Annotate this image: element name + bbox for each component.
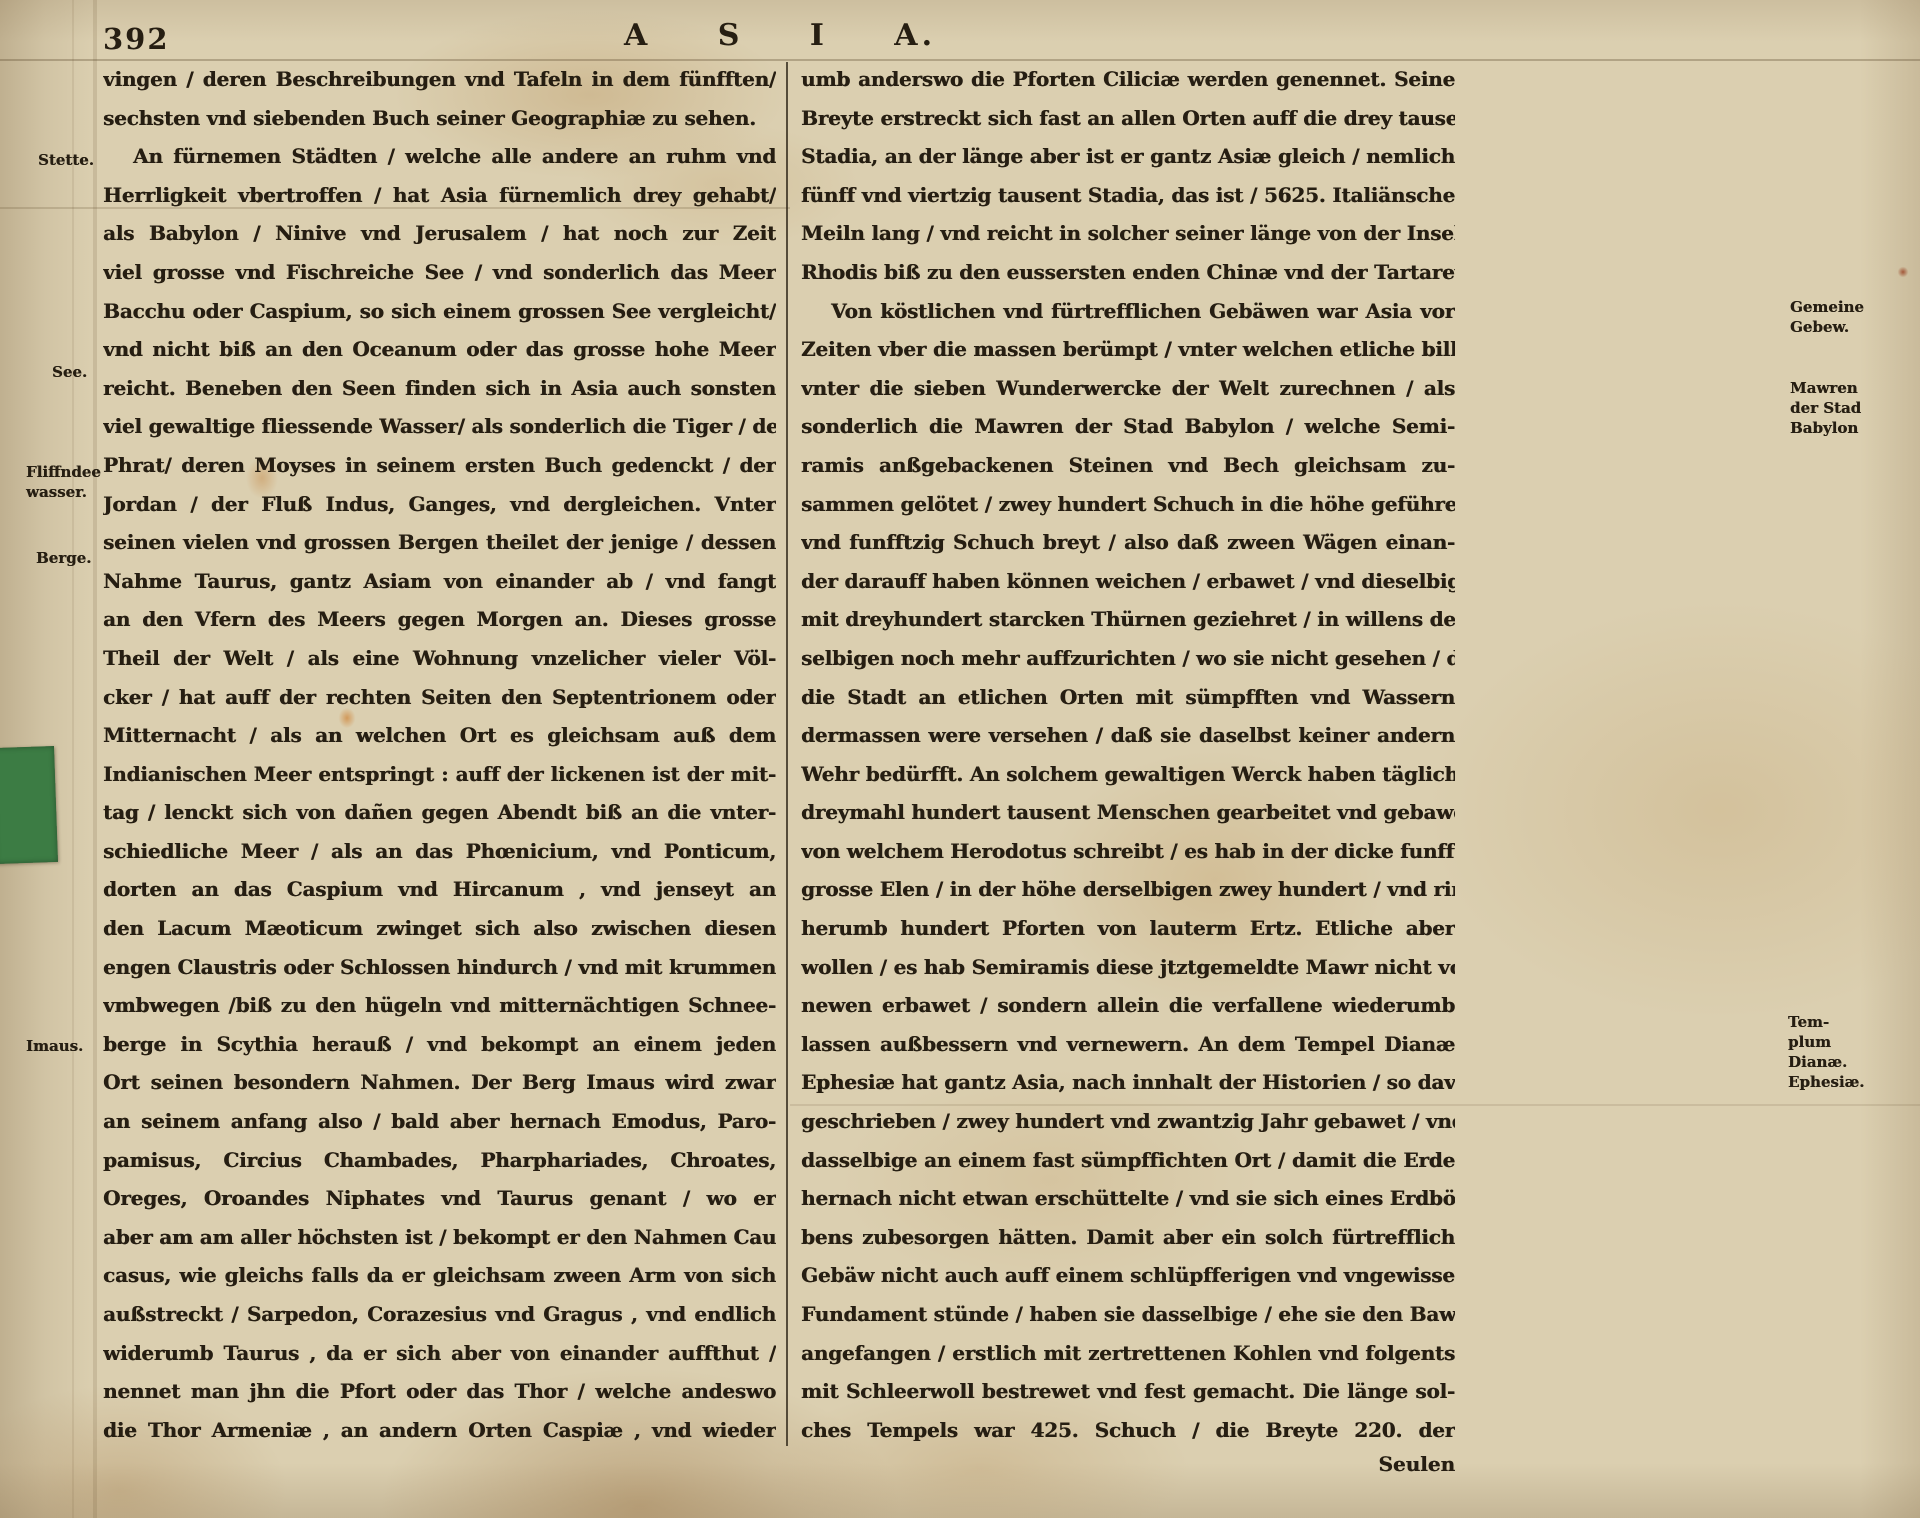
text-line: angefangen / erstlich mit zertrettenen K… — [801, 1334, 1455, 1373]
text-line: umb anderswo die Pforten Ciliciæ werden … — [801, 60, 1455, 99]
text-line: Breyte erstreckt sich fast an allen Orte… — [801, 99, 1455, 138]
text-line: lassen außbessern vnd vernewern. An dem … — [801, 1025, 1455, 1064]
text-line: mit Schleerwoll bestrewet vnd fest gemac… — [801, 1372, 1455, 1411]
text-line: grosse Elen / in der höhe derselbigen zw… — [801, 870, 1455, 909]
text-line: Ephesiæ hat gantz Asia, nach innhalt der… — [801, 1063, 1455, 1102]
text-line: Bacchu oder Caspium, so sich einem gross… — [103, 292, 776, 331]
text-line: sammen gelötet / zwey hundert Schuch in … — [801, 485, 1455, 524]
sidenote-fliessende-wasser: Fliffndee wasser. — [26, 462, 101, 502]
text-line: Rhodis biß zu den eussersten enden Chinæ… — [801, 253, 1455, 292]
text-line: hernach nicht etwan erschüttelte / vnd s… — [801, 1179, 1455, 1218]
text-line: berge in Scythia herauß / vnd bekompt an… — [103, 1025, 776, 1064]
text-line: vnd funfftzig Schuch breyt / also daß zw… — [801, 523, 1455, 562]
fold-crease — [72, 0, 74, 1518]
bookmark-tab — [0, 746, 58, 864]
text-line: bens zubesorgen hätten. Damit aber ein s… — [801, 1218, 1455, 1257]
text-line: ches Tempels war 425. Schuch / die Breyt… — [801, 1411, 1455, 1450]
text-line: Zeiten vber die massen berümpt / vnter w… — [801, 330, 1455, 369]
text-line: viel grosse vnd Fischreiche See / vnd so… — [103, 253, 776, 292]
text-line: widerumb Taurus , da er sich aber von ei… — [103, 1334, 776, 1373]
fold-crease — [93, 0, 97, 1518]
text-line: dermassen were versehen / daß sie daselb… — [801, 716, 1455, 755]
text-line: engen Claustris oder Schlossen hindurch … — [103, 948, 776, 987]
running-head: A S I A. — [600, 18, 960, 53]
text-line: den Lacum Mæoticum zwinget sich also zwi… — [103, 909, 776, 948]
text-line: sonderlich die Mawren der Stad Babylon /… — [801, 407, 1455, 446]
text-line: dasselbige an einem fast sümpffichten Or… — [801, 1141, 1455, 1180]
text-line: An fürnemen Städten / welche alle andere… — [103, 137, 776, 176]
text-line: Phrat/ deren Moyses in seinem ersten Buc… — [103, 446, 776, 485]
text-line: Meiln lang / vnd reicht in solcher seine… — [801, 214, 1455, 253]
text-line: cker / hat auff der rechten Seiten den S… — [103, 678, 776, 717]
text-line: Ort seinen besondern Nahmen. Der Berg Im… — [103, 1063, 776, 1102]
text-line: vmbwegen /biß zu den hügeln vnd mitternä… — [103, 986, 776, 1025]
text-line: Herrligkeit vbertroffen / hat Asia fürne… — [103, 176, 776, 215]
text-line: vingen / deren Beschreibungen vnd Tafeln… — [103, 60, 776, 99]
text-line: Gebäw nicht auch auff einem schlüpfferig… — [801, 1256, 1455, 1295]
text-line: an seinem anfang also / bald aber hernac… — [103, 1102, 776, 1141]
text-line: pamisus, Circius Chambades, Pharphariade… — [103, 1141, 776, 1180]
text-line: Wehr bedürfft. An solchem gewaltigen Wer… — [801, 755, 1455, 794]
text-line: die Stadt an etlichen Orten mit sümpffte… — [801, 678, 1455, 717]
text-line: mit dreyhundert starcken Thürnen geziehr… — [801, 600, 1455, 639]
text-line: viel gewaltige fliessende Wasser/ als so… — [103, 407, 776, 446]
sidenote-berge: Berge. — [36, 548, 91, 568]
sidenote-mawren-babylon: Mawren der Stad Babylon — [1790, 378, 1861, 438]
text-line: Fundament stünde / haben sie dasselbige … — [801, 1295, 1455, 1334]
text-line: aber am am aller höchsten ist / bekompt … — [103, 1218, 776, 1257]
text-line: Von köstlichen vnd fürtrefflichen Gebäwe… — [801, 292, 1455, 331]
text-line: als Babylon / Ninive vnd Jerusalem / hat… — [103, 214, 776, 253]
text-line: tag / lenckt sich von dañen gegen Abendt… — [103, 793, 776, 832]
left-column: vingen / deren Beschreibungen vnd Tafeln… — [103, 60, 776, 1458]
text-line: dorten an das Caspium vnd Hircanum , vnd… — [103, 870, 776, 909]
text-line: vnter die sieben Wunderwercke der Welt z… — [801, 369, 1455, 408]
sidenote-imaus: Imaus. — [26, 1036, 83, 1056]
text-line: herumb hundert Pforten von lauterm Ertz.… — [801, 909, 1455, 948]
text-line: Theil der Welt / als eine Wohnung vnzeli… — [103, 639, 776, 678]
right-column: umb anderswo die Pforten Ciliciæ werden … — [801, 60, 1455, 1458]
text-line: von welchem Herodotus schreibt / es hab … — [801, 832, 1455, 871]
text-line: casus, wie gleichs falls da er gleichsam… — [103, 1256, 776, 1295]
text-line: Mitternacht / als an welchen Ort es glei… — [103, 716, 776, 755]
text-line: geschrieben / zwey hundert vnd zwantzig … — [801, 1102, 1455, 1141]
text-line: Jordan / der Fluß Indus, Ganges, vnd der… — [103, 485, 776, 524]
text-line: vnd nicht biß an den Oceanum oder das gr… — [103, 330, 776, 369]
text-line: dreymahl hundert tausent Menschen gearbe… — [801, 793, 1455, 832]
text-line: fünff vnd viertzig tausent Stadia, das i… — [801, 176, 1455, 215]
sidenote-see: See. — [52, 362, 87, 382]
text-line: Stadia, an der länge aber ist er gantz A… — [801, 137, 1455, 176]
text-line: ramis anßgebackenen Steinen vnd Bech gle… — [801, 446, 1455, 485]
text-line: reicht. Beneben den Seen finden sich in … — [103, 369, 776, 408]
sidenote-gemeine-gebew: Gemeine Gebew. — [1790, 297, 1864, 337]
sidenote-templum-dianae: Tem- plum Dianæ. Ephesiæ. — [1788, 1012, 1864, 1092]
text-line: selbigen noch mehr auffzurichten / wo si… — [801, 639, 1455, 678]
text-line: außstreckt / Sarpedon, Corazesius vnd Gr… — [103, 1295, 776, 1334]
catchword: Seulen — [801, 1452, 1455, 1476]
text-line: Nahme Taurus, gantz Asiam von einander a… — [103, 562, 776, 601]
text-line: an den Vfern des Meers gegen Morgen an. … — [103, 600, 776, 639]
text-line: der darauff haben können weichen / erbaw… — [801, 562, 1455, 601]
book-page: 392 A S I A. Stette. See. Fliffndee wass… — [0, 0, 1920, 1518]
text-line: wollen / es hab Semiramis diese jtztgeme… — [801, 948, 1455, 987]
text-line: Indianischen Meer entspringt : auff der … — [103, 755, 776, 794]
page-number: 392 — [103, 22, 170, 56]
text-line: newen erbawet / sondern allein die verfa… — [801, 986, 1455, 1025]
text-line: schiedliche Meer / als an das Phœnicium,… — [103, 832, 776, 871]
text-line: Oreges, Oroandes Niphates vnd Taurus gen… — [103, 1179, 776, 1218]
text-line: seinen vielen vnd grossen Bergen theilet… — [103, 523, 776, 562]
text-line: nennet man jhn die Pfort oder das Thor /… — [103, 1372, 776, 1411]
text-line: sechsten vnd siebenden Buch seiner Geogr… — [103, 99, 776, 138]
text-line: die Thor Armeniæ , an andern Orten Caspi… — [103, 1411, 776, 1450]
sidenote-stette: Stette. — [38, 150, 94, 170]
column-divider — [786, 62, 788, 1446]
